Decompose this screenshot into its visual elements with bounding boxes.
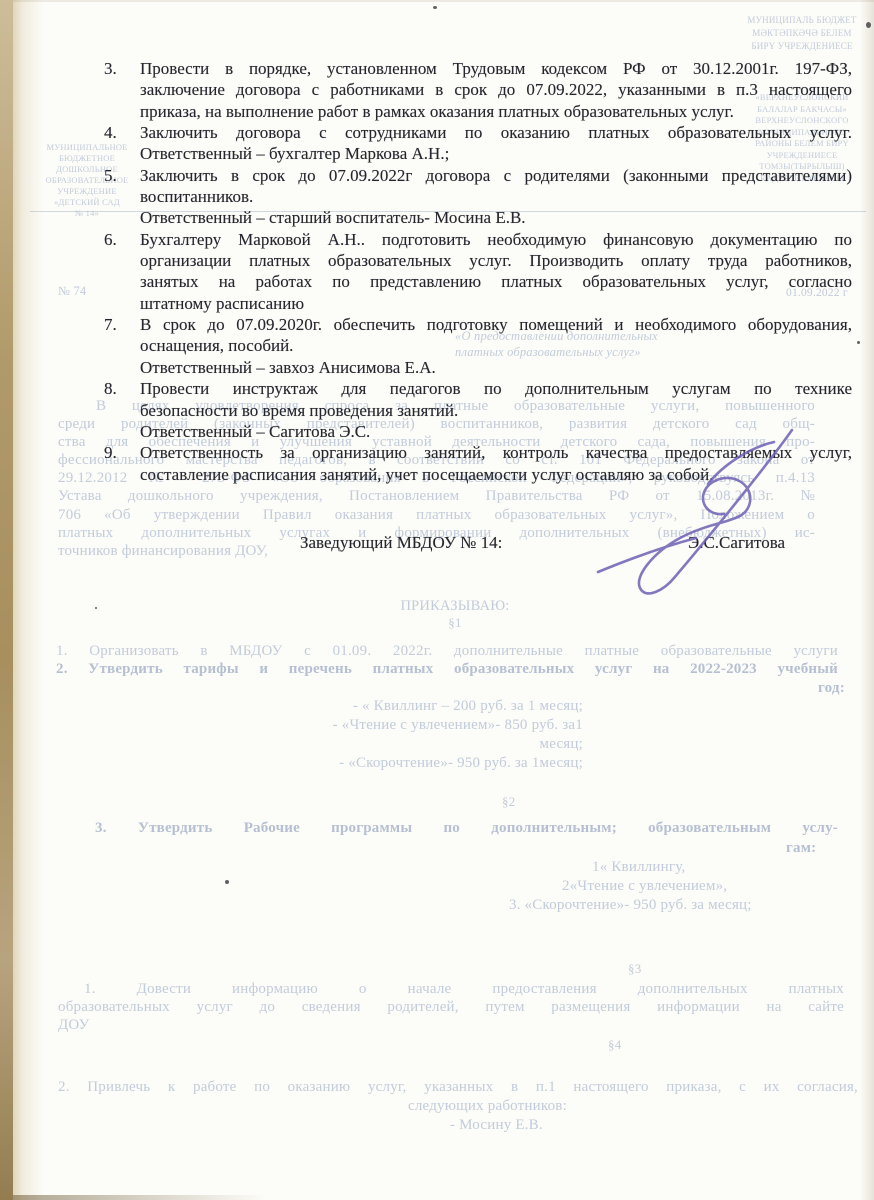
- ghost-program-1: 1« Квиллингу,: [592, 858, 685, 877]
- ghost-item-3-tail: гам:: [786, 839, 816, 858]
- ghost-prikaz-heading: ПРИКАЗЫВАЮ:: [300, 597, 610, 615]
- ghost-text-line: 1. Организовать в МБДОУ с 01.09. 2022г. …: [56, 642, 838, 660]
- ghost-item-1: 1. Организовать в МБДОУ с 01.09. 2022г. …: [56, 642, 838, 660]
- ghost-text-line: ПРИКАЗЫВАЮ:: [300, 597, 610, 615]
- item-number: 8.: [104, 378, 140, 442]
- ghost-text-line: МӘКТӘПКӘЧӘ БЕЛЕМ: [738, 27, 866, 40]
- item-number: 3.: [104, 58, 140, 122]
- ghost-text-line: № 74: [58, 283, 86, 299]
- scan-speck: [866, 22, 871, 28]
- item-number: 7.: [104, 314, 140, 378]
- ghost-tariff-list: - « Квиллинг – 200 руб. за 1 месяц;- «Чт…: [318, 697, 583, 773]
- ghost-text-line: §3: [628, 961, 641, 977]
- ghost-text-line: ДОУ: [58, 1016, 844, 1034]
- ghost-text-line: - «Чтение с увлечением»- 850 руб. за1 ме…: [318, 716, 583, 754]
- signature-stroke-main: [639, 430, 792, 593]
- ghost-program-3: 3. «Скорочтение»- 950 руб. за месяц;: [509, 896, 752, 915]
- text-line: приказа, на выполнение работ в рамках ок…: [140, 101, 852, 122]
- item-number: 9.: [104, 442, 140, 485]
- scan-speck: [433, 6, 437, 9]
- text-line: Заключить в срок до 07.09.2022г договора…: [140, 165, 852, 186]
- ghost-text-line: - « Квиллинг – 200 руб. за 1 месяц;: [318, 697, 583, 716]
- signature-stroke-flourish: [708, 442, 774, 484]
- ghost-section-4: §4: [608, 1037, 621, 1053]
- ghost-item-5-line2: следующих работников:: [408, 1097, 567, 1116]
- text-line: занятых на работах по представлению плат…: [140, 271, 852, 292]
- ghost-text-line: МУНИЦИПАЛЬ БЮДЖЕТ: [738, 14, 866, 27]
- ghost-text-line: 2«Чтение с увлечением»,: [562, 877, 727, 896]
- ghost-program-2: 2«Чтение с увлечением»,: [562, 877, 727, 896]
- ghost-text-line: §1: [300, 615, 610, 631]
- scan-speck: [95, 607, 97, 609]
- text-line: организации платных образовательных услу…: [140, 250, 852, 271]
- text-line: Ответственный – завхоз Анисимова Е.А.: [140, 357, 852, 378]
- ghost-section-1: §1: [300, 615, 610, 631]
- ghost-text-line: 1. Довести информацию о начале предостав…: [58, 980, 844, 998]
- text-line: В срок до 07.09.2020г. обеспечить подгот…: [140, 314, 852, 335]
- ghost-section-2: §2: [502, 794, 515, 810]
- order-item: 3.Провести в порядке, установленном Труд…: [104, 58, 852, 122]
- text-line: Ответственный – бухгалтер Маркова А.Н.;: [140, 143, 852, 164]
- ghost-order-number: № 74: [58, 283, 86, 299]
- ghost-item-5: 2. Привлечь к работе по оказанию услуг, …: [58, 1078, 858, 1096]
- order-item: 4.Заключить договора с сотрудниками по о…: [104, 122, 852, 165]
- ghost-text-line: - Мосину Е.В.: [450, 1116, 543, 1135]
- text-line: воспитанников.: [140, 186, 852, 207]
- text-line: заключение договора с работниками в срок…: [140, 79, 852, 100]
- ghost-item-3: 3. Утвердить Рабочие программы по дополн…: [95, 819, 838, 837]
- text-line: штатному расписанию: [140, 293, 852, 314]
- ghost-text-line: 2. Утвердить тарифы и перечень платных о…: [56, 660, 838, 678]
- ghost-text-line: БИРҮ УЧРЕЖДЕНИЕСЕ: [738, 40, 866, 53]
- ghost-text-line: гам:: [786, 839, 816, 858]
- ghost-text-line: 3. «Скорочтение»- 950 руб. за месяц;: [509, 896, 752, 915]
- order-item: 7.В срок до 07.09.2020г. обеспечить подг…: [104, 314, 852, 378]
- scan-speck: [857, 341, 860, 344]
- scan-speck: [225, 880, 229, 884]
- ghost-letterhead-right-upper: МУНИЦИПАЛЬ БЮДЖЕТМӘКТӘПКӘЧӘ БЕЛЕМБИРҮ УЧ…: [738, 14, 866, 53]
- order-item: 5.Заключить в срок до 07.09.2022г догово…: [104, 165, 852, 229]
- ghost-text-line: §2: [502, 794, 515, 810]
- item-number: 5.: [104, 165, 140, 229]
- item-number: 6.: [104, 229, 140, 314]
- ghost-text-line: 2. Привлечь к работе по оказанию услуг, …: [58, 1078, 858, 1096]
- signature-ink: [588, 420, 820, 616]
- item-text: Провести в порядке, установленном Трудов…: [140, 58, 852, 122]
- ghost-item-5-line3: - Мосину Е.В.: [450, 1116, 543, 1135]
- ghost-text-line: образовательных услуг до сведения родите…: [58, 998, 844, 1016]
- ghost-text-line: 1« Квиллингу,: [592, 858, 685, 877]
- ghost-item-2: 2. Утвердить тарифы и перечень платных о…: [56, 660, 838, 678]
- text-line: Провести в порядке, установленном Трудов…: [140, 58, 852, 79]
- ghost-section-3: §3: [628, 961, 641, 977]
- text-line: Заключить договора с сотрудниками по ока…: [140, 122, 852, 143]
- item-text: Заключить договора с сотрудниками по ока…: [140, 122, 852, 165]
- ghost-text-line: год:: [818, 679, 845, 698]
- text-line: оснащения, пособий.: [140, 335, 852, 356]
- ghost-text-line: 3. Утвердить Рабочие программы по дополн…: [95, 819, 838, 837]
- text-line: Бухгалтеру Марковой А.Н.. подготовить не…: [140, 229, 852, 250]
- text-line: Провести инструктаж для педагогов по доп…: [140, 378, 852, 399]
- ghost-text-line: §4: [608, 1037, 621, 1053]
- text-line: безопасности во время проведения занятий…: [140, 400, 852, 421]
- item-text: Бухгалтеру Марковой А.Н.. подготовить не…: [140, 229, 852, 314]
- ghost-item-2-tail: год:: [818, 679, 845, 698]
- ghost-item-4: 1. Довести информацию о начале предостав…: [58, 980, 844, 1035]
- text-line: Ответственный – старший воспитатель- Мос…: [140, 207, 852, 228]
- item-text: Заключить в срок до 07.09.2022г договора…: [140, 165, 852, 229]
- order-item: 6.Бухгалтеру Марковой А.Н.. подготовить …: [104, 229, 852, 314]
- item-number: 4.: [104, 122, 140, 165]
- item-text: В срок до 07.09.2020г. обеспечить подгот…: [140, 314, 852, 378]
- ghost-text-line: - «Скорочтение»- 950 руб. за 1месяц;: [318, 754, 583, 773]
- ghost-text-line: следующих работников:: [408, 1097, 567, 1116]
- signatory-title: Заведующий МБДОУ № 14:: [300, 533, 502, 553]
